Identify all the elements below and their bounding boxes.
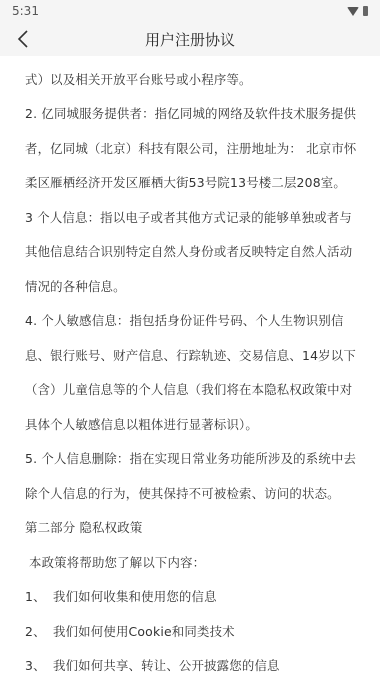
list-item: 1、 我们如何收集和使用您的信息 <box>25 580 358 615</box>
paragraph-personal-info: 3 个人信息：指以电子或者其他方式记录的能够单独或者与其他信息结合识别特定自然人… <box>25 201 358 305</box>
list-text: 我们如何收集和使用您的信息 <box>53 580 217 615</box>
list-number: 1、 <box>25 580 53 615</box>
paragraph-service-provider: 2. 亿同城服务提供者：指亿同城的网络及软件技术服务提供者，亿同城（北京）科技有… <box>25 97 358 201</box>
list-number: 2、 <box>25 615 53 650</box>
nav-bar: 用户注册协议 <box>0 22 380 56</box>
list-item: 3、 我们如何共享、转让、公开披露您的信息 <box>25 649 358 677</box>
list-item: 2、 我们如何使用Cookie和同类技术 <box>25 615 358 650</box>
list-text: 我们如何使用Cookie和同类技术 <box>53 615 235 650</box>
status-time: 5:31 <box>12 4 39 18</box>
status-bar: 5:31 <box>0 0 380 22</box>
page-title: 用户注册协议 <box>145 29 235 50</box>
agreement-scroll: 式）以及相关开放平台账号或小程序等。 2. 亿同城服务提供者：指亿同城的网络及软… <box>0 56 380 677</box>
back-button[interactable] <box>10 26 36 52</box>
paragraph-1-tail: 式）以及相关开放平台账号或小程序等。 <box>25 63 358 98</box>
list-number: 3、 <box>25 649 53 677</box>
battery-icon <box>363 6 368 16</box>
status-icons <box>347 6 368 16</box>
wifi-icon <box>347 7 359 16</box>
paragraph-sensitive-info: 4. 个人敏感信息：指包括身份证件号码、个人生物识别信息、银行账号、财产信息、行… <box>25 304 358 442</box>
agreement-content[interactable]: 式）以及相关开放平台账号或小程序等。 2. 亿同城服务提供者：指亿同城的网络及软… <box>0 56 380 677</box>
section-heading: 第二部分 隐私权政策 <box>25 511 358 546</box>
list-text: 我们如何共享、转让、公开披露您的信息 <box>53 649 280 677</box>
chevron-left-icon <box>16 29 30 49</box>
policy-intro: 本政策将帮助您了解以下内容： <box>25 546 358 581</box>
paragraph-info-deletion: 5. 个人信息删除：指在实现日常业务功能所涉及的系统中去除个人信息的行为，使其保… <box>25 442 358 511</box>
